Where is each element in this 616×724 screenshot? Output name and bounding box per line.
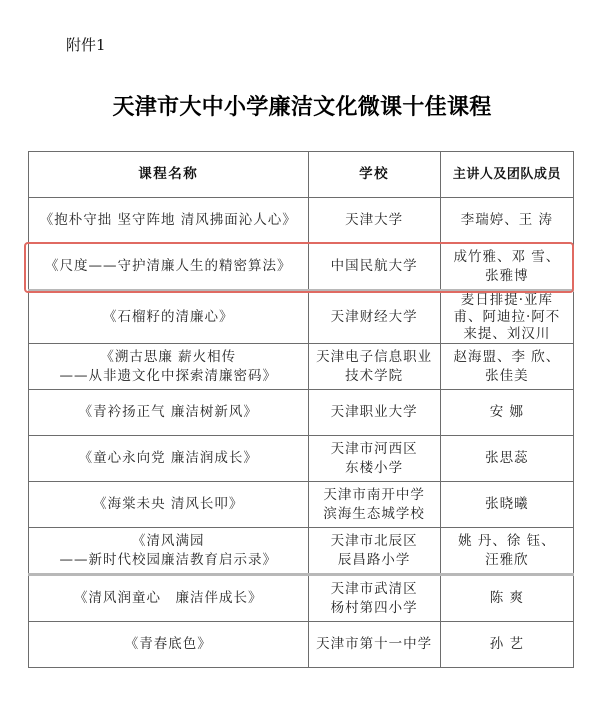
- members-cell: 赵海盟、李 欣、 张佳美: [440, 344, 573, 390]
- course-name-cell: 《清风润童心 廉洁伴成长》: [29, 575, 309, 622]
- school-cell: 天津电子信息职业 技术学院: [308, 344, 440, 390]
- school-cell: 天津财经大学: [308, 291, 440, 344]
- members-cell: 麦日排提·亚库 甫、阿迪拉·阿不 来提、刘汉川: [440, 291, 573, 344]
- school-cell: 天津市第十一中学: [308, 622, 440, 668]
- course-name-cell: 《青衿扬正气 廉洁树新风》: [29, 390, 309, 436]
- school-cell: 天津职业大学: [308, 390, 440, 436]
- course-name-cell: 《清风满园 ——新时代校园廉洁教育启示录》: [29, 528, 309, 575]
- header-course-name: 课程名称: [29, 152, 309, 198]
- school-cell: 天津大学: [308, 198, 440, 244]
- school-cell: 天津市武清区 杨村第四小学: [308, 575, 440, 622]
- course-name-cell: 《海棠未央 清风长叩》: [29, 482, 309, 528]
- attachment-label: 附件1: [66, 35, 106, 55]
- table-row: 《海棠未央 清风长叩》 天津市南开中学 滨海生态城学校 张晓曦: [29, 482, 574, 528]
- table-row: 《清风满园 ——新时代校园廉洁教育启示录》 天津市北辰区 辰昌路小学 姚 丹、徐…: [29, 528, 574, 575]
- course-name-cell: 《石榴籽的清廉心》: [29, 291, 309, 344]
- table-row: 《石榴籽的清廉心》 天津财经大学 麦日排提·亚库 甫、阿迪拉·阿不 来提、刘汉川: [29, 291, 574, 344]
- course-table: 课程名称 学校 主讲人及团队成员 《抱朴守拙 坚守阵地 清风拂面沁人心》 天津大…: [28, 151, 574, 668]
- school-cell: 天津市河西区 东楼小学: [308, 436, 440, 482]
- school-cell: 天津市北辰区 辰昌路小学: [308, 528, 440, 575]
- table-row: 《青春底色》 天津市第十一中学 孙 艺: [29, 622, 574, 668]
- members-cell: 陈 爽: [440, 575, 573, 622]
- table-row-highlighted: 《尺度——守护清廉人生的精密算法》 中国民航大学 成竹雅、邓 雪、 张雅博: [29, 244, 574, 291]
- course-name-cell: 《溯古思廉 薪火相传 ——从非遗文化中探索清廉密码》: [29, 344, 309, 390]
- table-row: 《清风润童心 廉洁伴成长》 天津市武清区 杨村第四小学 陈 爽: [29, 575, 574, 622]
- school-cell: 天津市南开中学 滨海生态城学校: [308, 482, 440, 528]
- table-row: 《童心永向党 廉洁润成长》 天津市河西区 东楼小学 张思蕊: [29, 436, 574, 482]
- table-row: 《溯古思廉 薪火相传 ——从非遗文化中探索清廉密码》 天津电子信息职业 技术学院…: [29, 344, 574, 390]
- members-cell: 成竹雅、邓 雪、 张雅博: [440, 244, 573, 291]
- members-cell: 姚 丹、徐 钰、 汪雅欣: [440, 528, 573, 575]
- table-row: 《青衿扬正气 廉洁树新风》 天津职业大学 安 娜: [29, 390, 574, 436]
- document-title: 天津市大中小学廉洁文化微课十佳课程: [0, 91, 604, 123]
- course-name-cell: 《童心永向党 廉洁润成长》: [29, 436, 309, 482]
- members-cell: 李瑞婷、王 涛: [440, 198, 573, 244]
- members-cell: 孙 艺: [440, 622, 573, 668]
- members-cell: 张思蕊: [440, 436, 573, 482]
- members-cell: 张晓曦: [440, 482, 573, 528]
- table-header-row: 课程名称 学校 主讲人及团队成员: [29, 152, 574, 198]
- school-cell: 中国民航大学: [308, 244, 440, 291]
- course-name-cell: 《抱朴守拙 坚守阵地 清风拂面沁人心》: [29, 198, 309, 244]
- header-school: 学校: [308, 152, 440, 198]
- table-row: 《抱朴守拙 坚守阵地 清风拂面沁人心》 天津大学 李瑞婷、王 涛: [29, 198, 574, 244]
- header-members: 主讲人及团队成员: [440, 152, 573, 198]
- course-name-cell: 《青春底色》: [29, 622, 309, 668]
- members-cell: 安 娜: [440, 390, 573, 436]
- course-name-cell: 《尺度——守护清廉人生的精密算法》: [29, 244, 309, 291]
